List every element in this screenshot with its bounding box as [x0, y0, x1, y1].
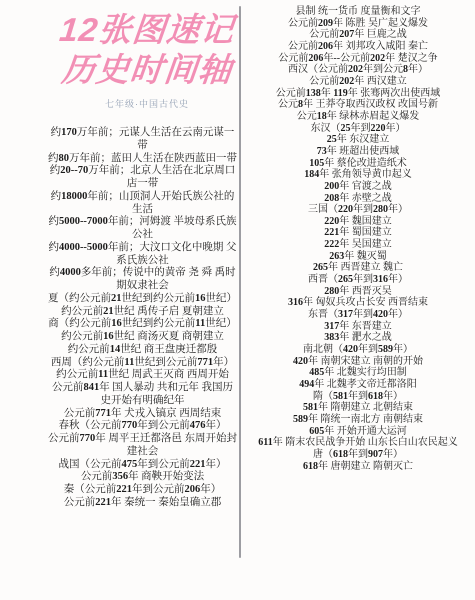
timeline-entry: 222年 吴国建立 — [244, 239, 472, 251]
timeline-entry: 西汉（公元前202年到公元8年） — [244, 64, 472, 76]
timeline-entry: 约公元前21世纪 禹传子启 夏朝建立 — [47, 306, 238, 319]
timeline-entry: 公元前202年 西汉建立 — [244, 76, 472, 88]
timeline-entry: 317年 东晋建立 — [244, 321, 472, 333]
timeline-entry: 611年 隋末农民战争开始 山东长白山农民起义 — [244, 437, 472, 449]
timeline-entry: 25年 东汉建立 — [244, 134, 472, 146]
timeline-entry: 200年 官渡之战 — [244, 181, 472, 193]
timeline-entry: 公元8年 王莽夺取西汉政权 改国号新 — [244, 99, 472, 111]
timeline-entry: 县制 统一货币 度量衡和文字 — [244, 6, 472, 18]
timeline-entry: 约公元前16世纪 商汤灭夏 商朝建立 — [47, 331, 238, 344]
timeline-entry: 约80万年前；蓝田人生活在陕西蓝田一带 — [47, 153, 238, 166]
timeline-entry: 夏（约公元前21世纪到约公元前16世纪） — [47, 293, 238, 306]
column-divider — [239, 6, 241, 558]
timeline-entry: 约170万年前；元谋人生活在云南元谋一带 — [47, 127, 238, 153]
timeline-entry: 约18000年前；山顶洞人开始氏族公社的生活 — [47, 191, 238, 217]
timeline-entry: 商（约公元前16世纪到约公元前11世纪） — [47, 318, 238, 331]
timeline-entry: 东晋（317年到420年） — [244, 309, 472, 321]
timeline-entry: 公元前207年 巨鹿之战 — [244, 29, 472, 41]
timeline-entry: 221年 蜀国建立 — [244, 227, 472, 239]
timeline-entry: 公元前206年 刘邦攻入咸阳 秦亡 — [244, 41, 472, 53]
page-subtitle: 七年级·中国古代史 — [52, 97, 242, 110]
timeline-entry: 581年 隋朝建立 北朝结束 — [244, 402, 472, 414]
page-title-line-1: 12张图速记 — [50, 10, 244, 50]
timeline-entry: 420年 南朝宋建立 南朝的开始 — [244, 356, 472, 368]
timeline-entry: 494年 北魏孝文帝迁都洛阳 — [244, 379, 472, 391]
timeline-entry: 184年 张角领导黄巾起义 — [244, 169, 472, 181]
timeline-right-column: 县制 统一货币 度量衡和文字公元前209年 陈胜 吴广起义爆发公元前207年 巨… — [244, 6, 472, 472]
timeline-entry: 73年 班超出使西域 — [244, 146, 472, 158]
timeline-entry: 约公元前14世纪 商王盘庚迁都殷 — [47, 344, 238, 357]
timeline-entry: 公元前138年 119年 张骞两次出使西域 — [244, 88, 472, 100]
timeline-entry: 280年 西晋灭吴 — [244, 286, 472, 298]
timeline-entry: 485年 北魏实行均田制 — [244, 367, 472, 379]
timeline-entry: 西周（约公元前11世纪到公元前771年） — [47, 357, 238, 370]
timeline-entry: 公元前221年 秦统一 秦始皇确立郡 — [47, 497, 238, 510]
timeline-entry: 东汉（25年到220年） — [244, 123, 472, 135]
timeline-entry: 605年 开始开通大运河 — [244, 426, 472, 438]
timeline-entry: 战国（公元前475年到公元前221年） — [47, 459, 238, 472]
timeline-entry: 589年 隋统一南北方 南朝结束 — [244, 414, 472, 426]
timeline-entry: 263年 魏灭蜀 — [244, 251, 472, 263]
timeline-entry: 公元前356年 商鞅开始变法 — [47, 471, 238, 484]
timeline-entry: 316年 匈奴兵攻占长安 西晋结束 — [244, 297, 472, 309]
timeline-entry: 唐（618年到907年） — [244, 449, 472, 461]
timeline-entry: 208年 赤壁之战 — [244, 193, 472, 205]
timeline-entry: 约公元前11世纪 周武王灭商 西周开始 — [47, 369, 238, 382]
timeline-entry: 约4000多年前；传说中的黄帝 尧 舜 禹时期奴隶社会 — [47, 267, 238, 293]
timeline-entry: 公元前770年 周平王迁都洛邑 东周开始封建社会 — [47, 433, 238, 459]
timeline-entry: 南北朝（420年到589年） — [244, 344, 472, 356]
timeline-entry: 公元前206年--公元前202年 楚汉之争 — [244, 53, 472, 65]
timeline-entry: 隋（581年到618年） — [244, 391, 472, 403]
timeline-entry: 约4000--5000年前；大汶口文化中晚期 父系氏族公社 — [47, 242, 238, 268]
timeline-entry: 约20--70万年前；北京人生活在北京周口店一带 — [47, 165, 238, 191]
page-title-block: 12张图速记 历史时间轴 七年级·中国古代史 — [52, 10, 242, 110]
timeline-entry: 公元前841年 国人暴动 共和元年 我国历史开始有明确纪年 — [47, 382, 238, 408]
timeline-left-column: 约170万年前；元谋人生活在云南元谋一带约80万年前；蓝田人生活在陕西蓝田一带约… — [47, 127, 238, 510]
timeline-entry: 秦（公元前221年到公元前206年） — [47, 484, 238, 497]
timeline-entry: 105年 蔡伦改进造纸术 — [244, 158, 472, 170]
timeline-entry: 春秋（公元前770年到公元前476年） — [47, 420, 238, 433]
study-sheet-page: 12张图速记 历史时间轴 七年级·中国古代史 约170万年前；元谋人生活在云南元… — [0, 0, 475, 600]
timeline-entry: 公元前771年 犬戎入镐京 西周结束 — [47, 408, 238, 421]
timeline-entry: 约5000--7000年前；河姆渡 半坡母系氏族公社 — [47, 216, 238, 242]
timeline-entry: 西晋（265年到316年） — [244, 274, 472, 286]
timeline-entry: 618年 唐朝建立 隋朝灭亡 — [244, 461, 472, 473]
timeline-entry: 公元前209年 陈胜 吴广起义爆发 — [244, 18, 472, 30]
timeline-entry: 220年 魏国建立 — [244, 216, 472, 228]
timeline-entry: 265年 西晋建立 魏亡 — [244, 262, 472, 274]
timeline-entry: 383年 淝水之战 — [244, 332, 472, 344]
page-title-line-2: 历史时间轴 — [50, 50, 244, 90]
timeline-entry: 三国（220年到280年） — [244, 204, 472, 216]
timeline-entry: 公元18年 绿林赤眉起义爆发 — [244, 111, 472, 123]
